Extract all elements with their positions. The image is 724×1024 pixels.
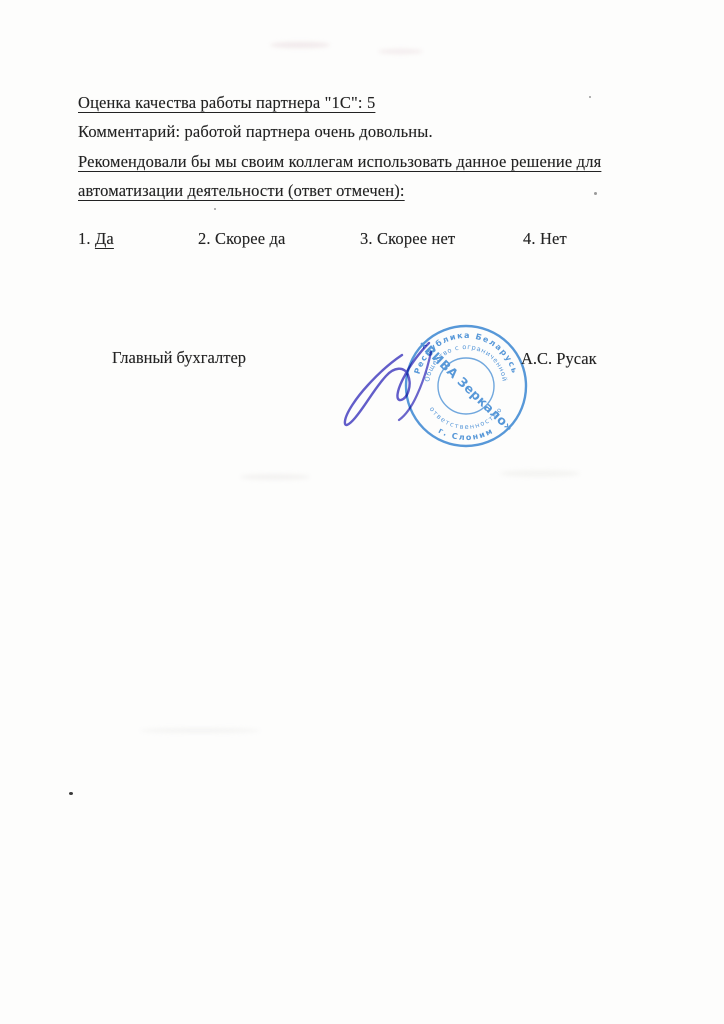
option-net: 4. Нет (523, 229, 567, 249)
option-label: Скорее нет (377, 229, 455, 248)
scan-smudge (270, 42, 330, 48)
option-number: 1. (78, 229, 95, 248)
rating-line: Оценка качества работы партнера "1С": 5 (78, 93, 375, 113)
scan-smudge (240, 474, 310, 480)
scan-speck (214, 208, 216, 210)
signoff-role: Главный бухгалтер (112, 348, 246, 368)
comment-line: Комментарий: работой партнера очень дово… (78, 122, 433, 142)
option-label: Нет (540, 229, 567, 248)
scanned-document-page: Оценка качества работы партнера "1С": 5 … (0, 0, 724, 1024)
signature-icon (330, 325, 445, 440)
option-number: 4. (523, 229, 540, 248)
scan-smudge (378, 49, 423, 54)
option-skoree-net: 3. Скорее нет (360, 229, 455, 249)
recommend-line-1: Рекомендовали бы мы своим коллегам испол… (78, 152, 601, 172)
scan-smudge (140, 728, 260, 733)
option-label: Скорее да (215, 229, 286, 248)
option-skoree-da: 2. Скорее да (198, 229, 285, 249)
option-number: 2. (198, 229, 215, 248)
option-da: 1. Да (78, 229, 114, 249)
scan-speck (594, 192, 597, 195)
scan-smudge (500, 470, 580, 477)
recommend-line-2: автоматизации деятельности (ответ отмече… (78, 181, 405, 201)
scan-speck (589, 96, 591, 98)
scan-speck (69, 792, 73, 795)
option-label-selected: Да (95, 229, 114, 248)
option-number: 3. (360, 229, 377, 248)
